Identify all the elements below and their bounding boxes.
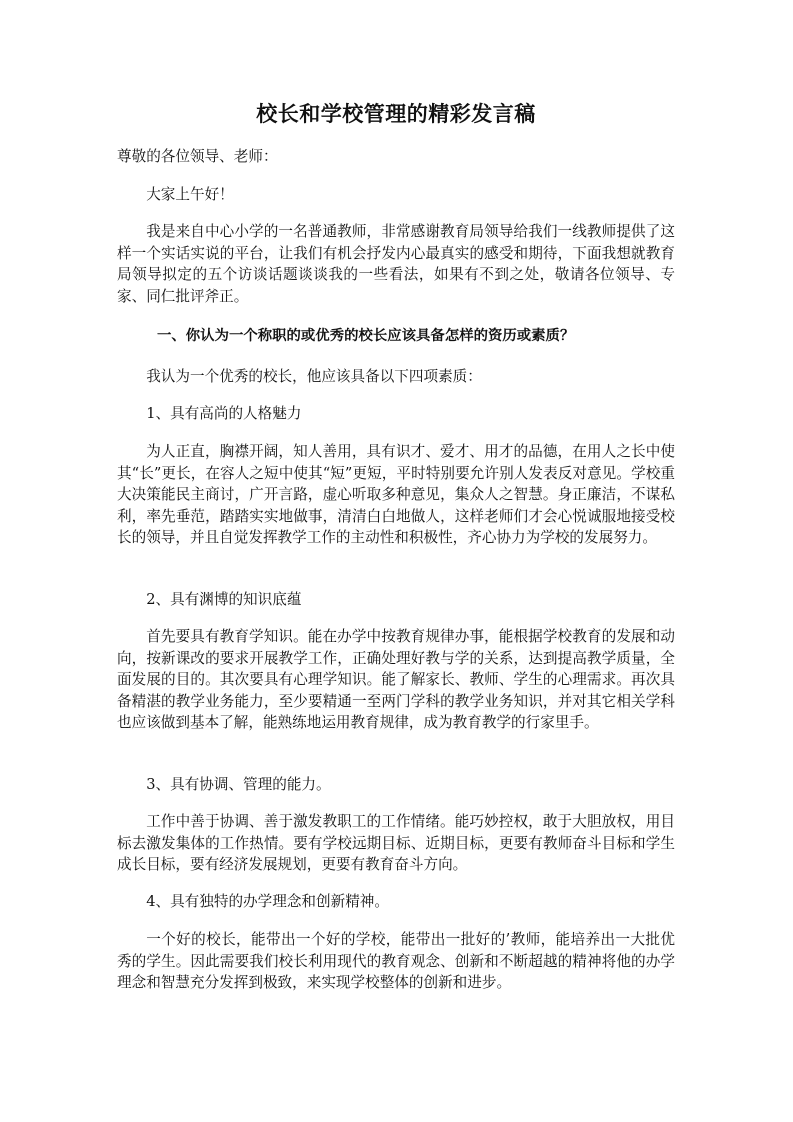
- item-title-2: 2、具有渊博的知识底蕴: [117, 589, 675, 611]
- item-title-4: 4、具有独特的办学理念和创新精神。: [117, 891, 675, 913]
- item-body-4: 一个好的校长，能带出一个好的学校，能带出一批好的’教师，能培养出一大批优秀的学生…: [117, 929, 675, 994]
- item-title-1: 1、具有高尚的人格魅力: [117, 403, 675, 425]
- section-heading: 一、你认为一个称职的或优秀的校长应该具备怎样的资历或素质？: [117, 326, 715, 348]
- item-body-1: 为人正直，胸襟开阔，知人善用，具有识才、爱才、用才的品德，在用人之长中使其“长”…: [117, 441, 675, 549]
- item-body-2: 首先要具有教育学知识。能在办学中按教育规律办事，能根据学校教育的发展和动向，按新…: [117, 626, 675, 734]
- section-lead: 我认为一个优秀的校长，他应该具备以下四项素质：: [117, 366, 675, 388]
- item-body-3: 工作中善于协调、善于激发教职工的工作情绪。能巧妙控权，敢于大胆放权，用目标去激发…: [117, 811, 675, 876]
- item-title-3: 3、具有协调、管理的能力。: [117, 774, 675, 796]
- intro-paragraph: 我是来自中心小学的一名普通教师，非常感谢教育局领导给我们一线教师提供了这样一个实…: [117, 221, 675, 307]
- document-title: 校长和学校管理的精彩发言稿: [117, 100, 675, 128]
- salutation: 尊敬的各位领导、老师：: [117, 146, 675, 168]
- greeting: 大家上午好！: [117, 184, 675, 206]
